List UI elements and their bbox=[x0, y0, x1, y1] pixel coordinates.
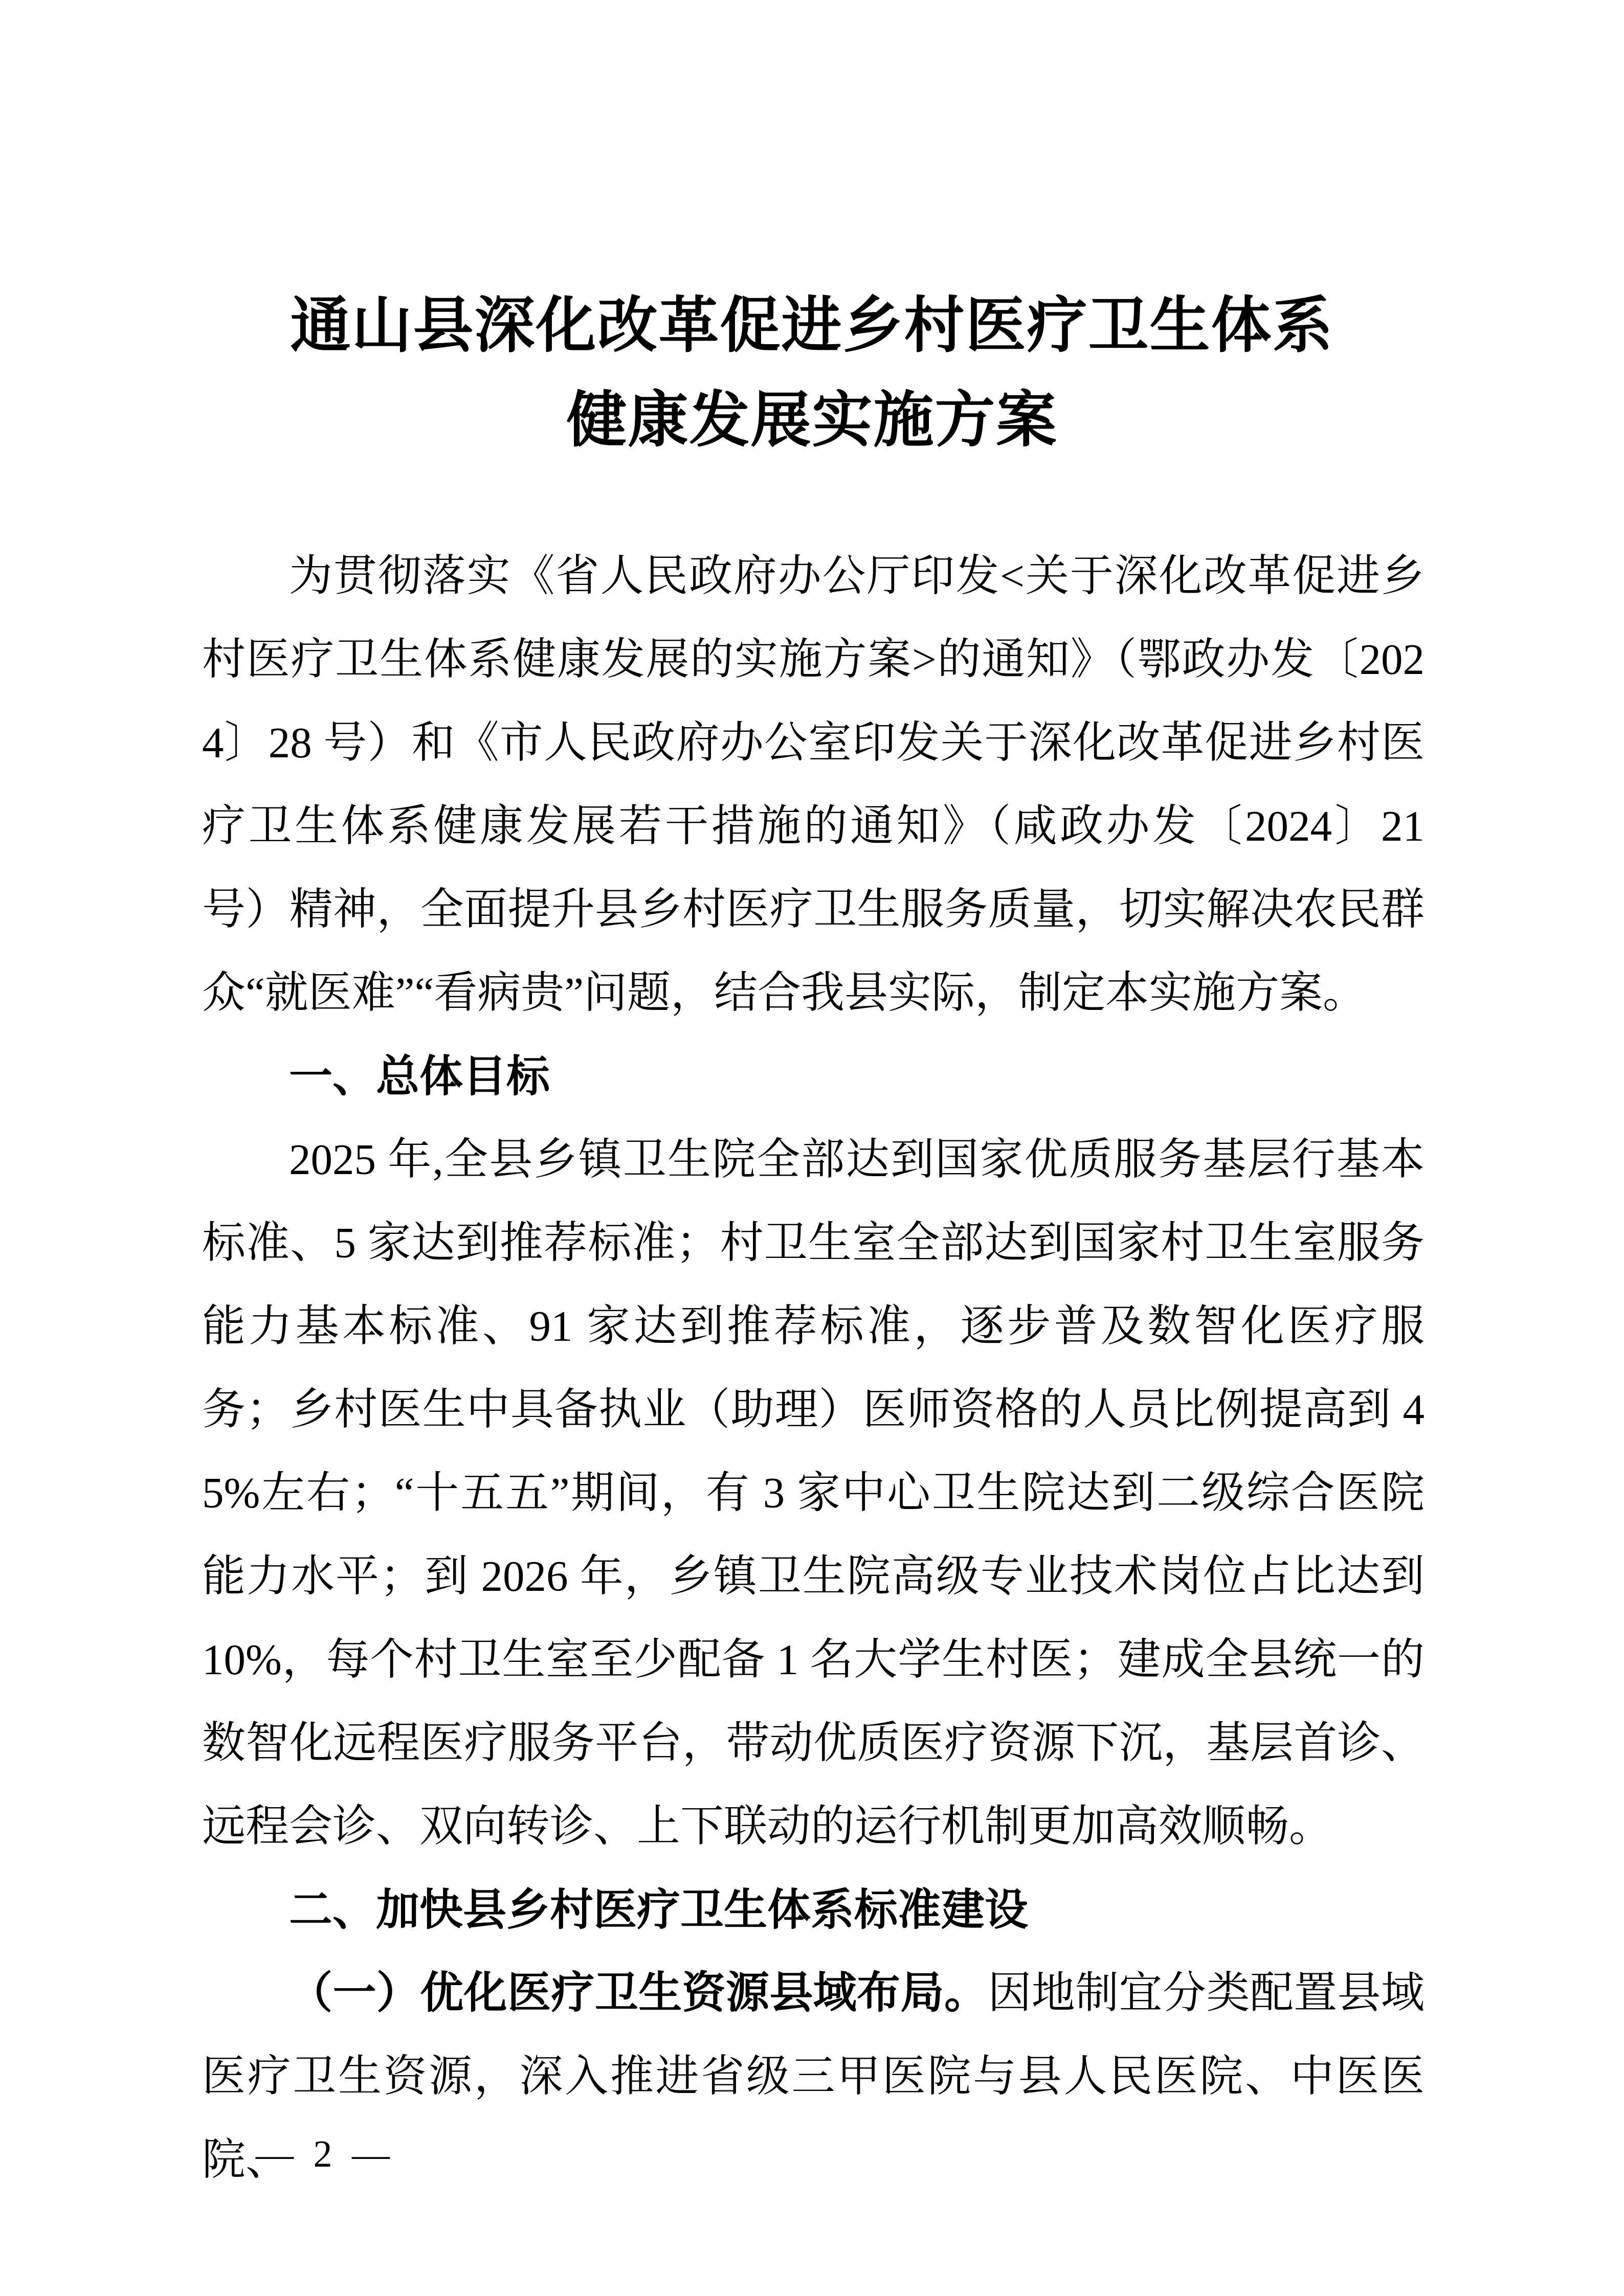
title-line-1: 通山县深化改革促进乡村医疗卫生体系 bbox=[0, 279, 1624, 373]
paragraph-preamble: 为贯彻落实《省人民政府办公厅印发<关于深化改革促进乡村医疗卫生体系健康发展的实施… bbox=[202, 535, 1425, 1035]
page-number: — 2 — bbox=[256, 2133, 395, 2175]
document-page: 通山县深化改革促进乡村医疗卫生体系 健康发展实施方案 为贯彻落实《省人民政府办公… bbox=[0, 0, 1624, 2296]
page-footer: — 2 — bbox=[256, 2131, 395, 2177]
section-heading-standard-construction: 二、加快县乡村医疗卫生体系标准建设 bbox=[202, 1869, 1425, 1952]
sub-item-lead: （一）优化医疗卫生资源县域布局。 bbox=[289, 1969, 988, 2017]
section-heading-overall-goals: 一、总体目标 bbox=[202, 1035, 1425, 1118]
paragraph-goals: 2025 年,全县乡镇卫生院全部达到国家优质服务基层行基本标准、5 家达到推荐标… bbox=[202, 1118, 1425, 1869]
document-body: 为贯彻落实《省人民政府办公厅印发<关于深化改革促进乡村医疗卫生体系健康发展的实施… bbox=[0, 535, 1624, 2202]
document-title: 通山县深化改革促进乡村医疗卫生体系 健康发展实施方案 bbox=[0, 279, 1624, 468]
title-line-2: 健康发展实施方案 bbox=[0, 373, 1624, 468]
